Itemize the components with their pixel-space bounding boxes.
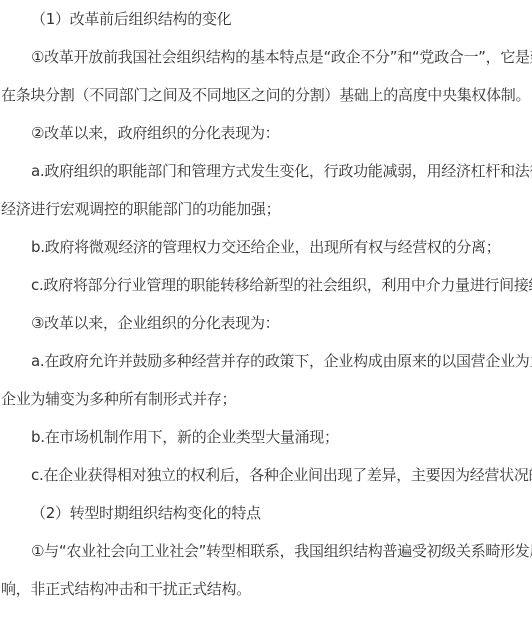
- document-line: 在条块分割（不同部门之间及不同地区之问的分割）基础上的高度中央集权体制。: [1, 76, 532, 114]
- document-line: c.政府将部分行业管理的职能转移给新型的社会组织，利用中介力量进行间接经济管理。: [1, 266, 532, 304]
- document-line: b.在市场机制作用下，新的企业类型大量涌现；: [1, 418, 532, 456]
- document-line: 企业为辅变为多种所有制形式并存；: [1, 380, 532, 418]
- document-line: ①改革开放前我国社会组织结构的基本特点是“政企不分”和“党政合一”，它是建立: [1, 38, 532, 76]
- document-page: （1）改革前后组织结构的变化 ①改革开放前我国社会组织结构的基本特点是“政企不分…: [0, 0, 532, 618]
- document-line: （1）改革前后组织结构的变化: [1, 0, 532, 38]
- document-line: 经济进行宏观调控的职能部门的功能加强；: [1, 190, 532, 228]
- document-line: c.在企业获得相对独立的权利后，各种企业间出现了差异，主要因为经营状况的不同。: [1, 456, 532, 494]
- document-line: b.政府将微观经济的管理权力交还给企业，出现所有权与经营权的分离；: [1, 228, 532, 266]
- document-line: a.政府组织的职能部门和管理方式发生变化，行政功能减弱，用经济杠杆和法律手段对: [1, 152, 532, 190]
- document-line: （2）转型时期组织结构变化的特点: [1, 494, 532, 532]
- document-line: ③改革以来，企业组织的分化表现为：: [1, 304, 532, 342]
- document-line: a.在政府允许并鼓励多种经营并存的政策下，企业构成由原来的以国营企业为主、集体: [1, 342, 532, 380]
- document-line: ①与“农业社会向工业社会”转型相联系，我国组织结构普遍受初级关系畸形发展的影: [1, 532, 532, 570]
- document-line: 响，非正式结构冲击和干扰正式结构。: [1, 570, 532, 608]
- document-line: ②改革以来，政府组织的分化表现为：: [1, 114, 532, 152]
